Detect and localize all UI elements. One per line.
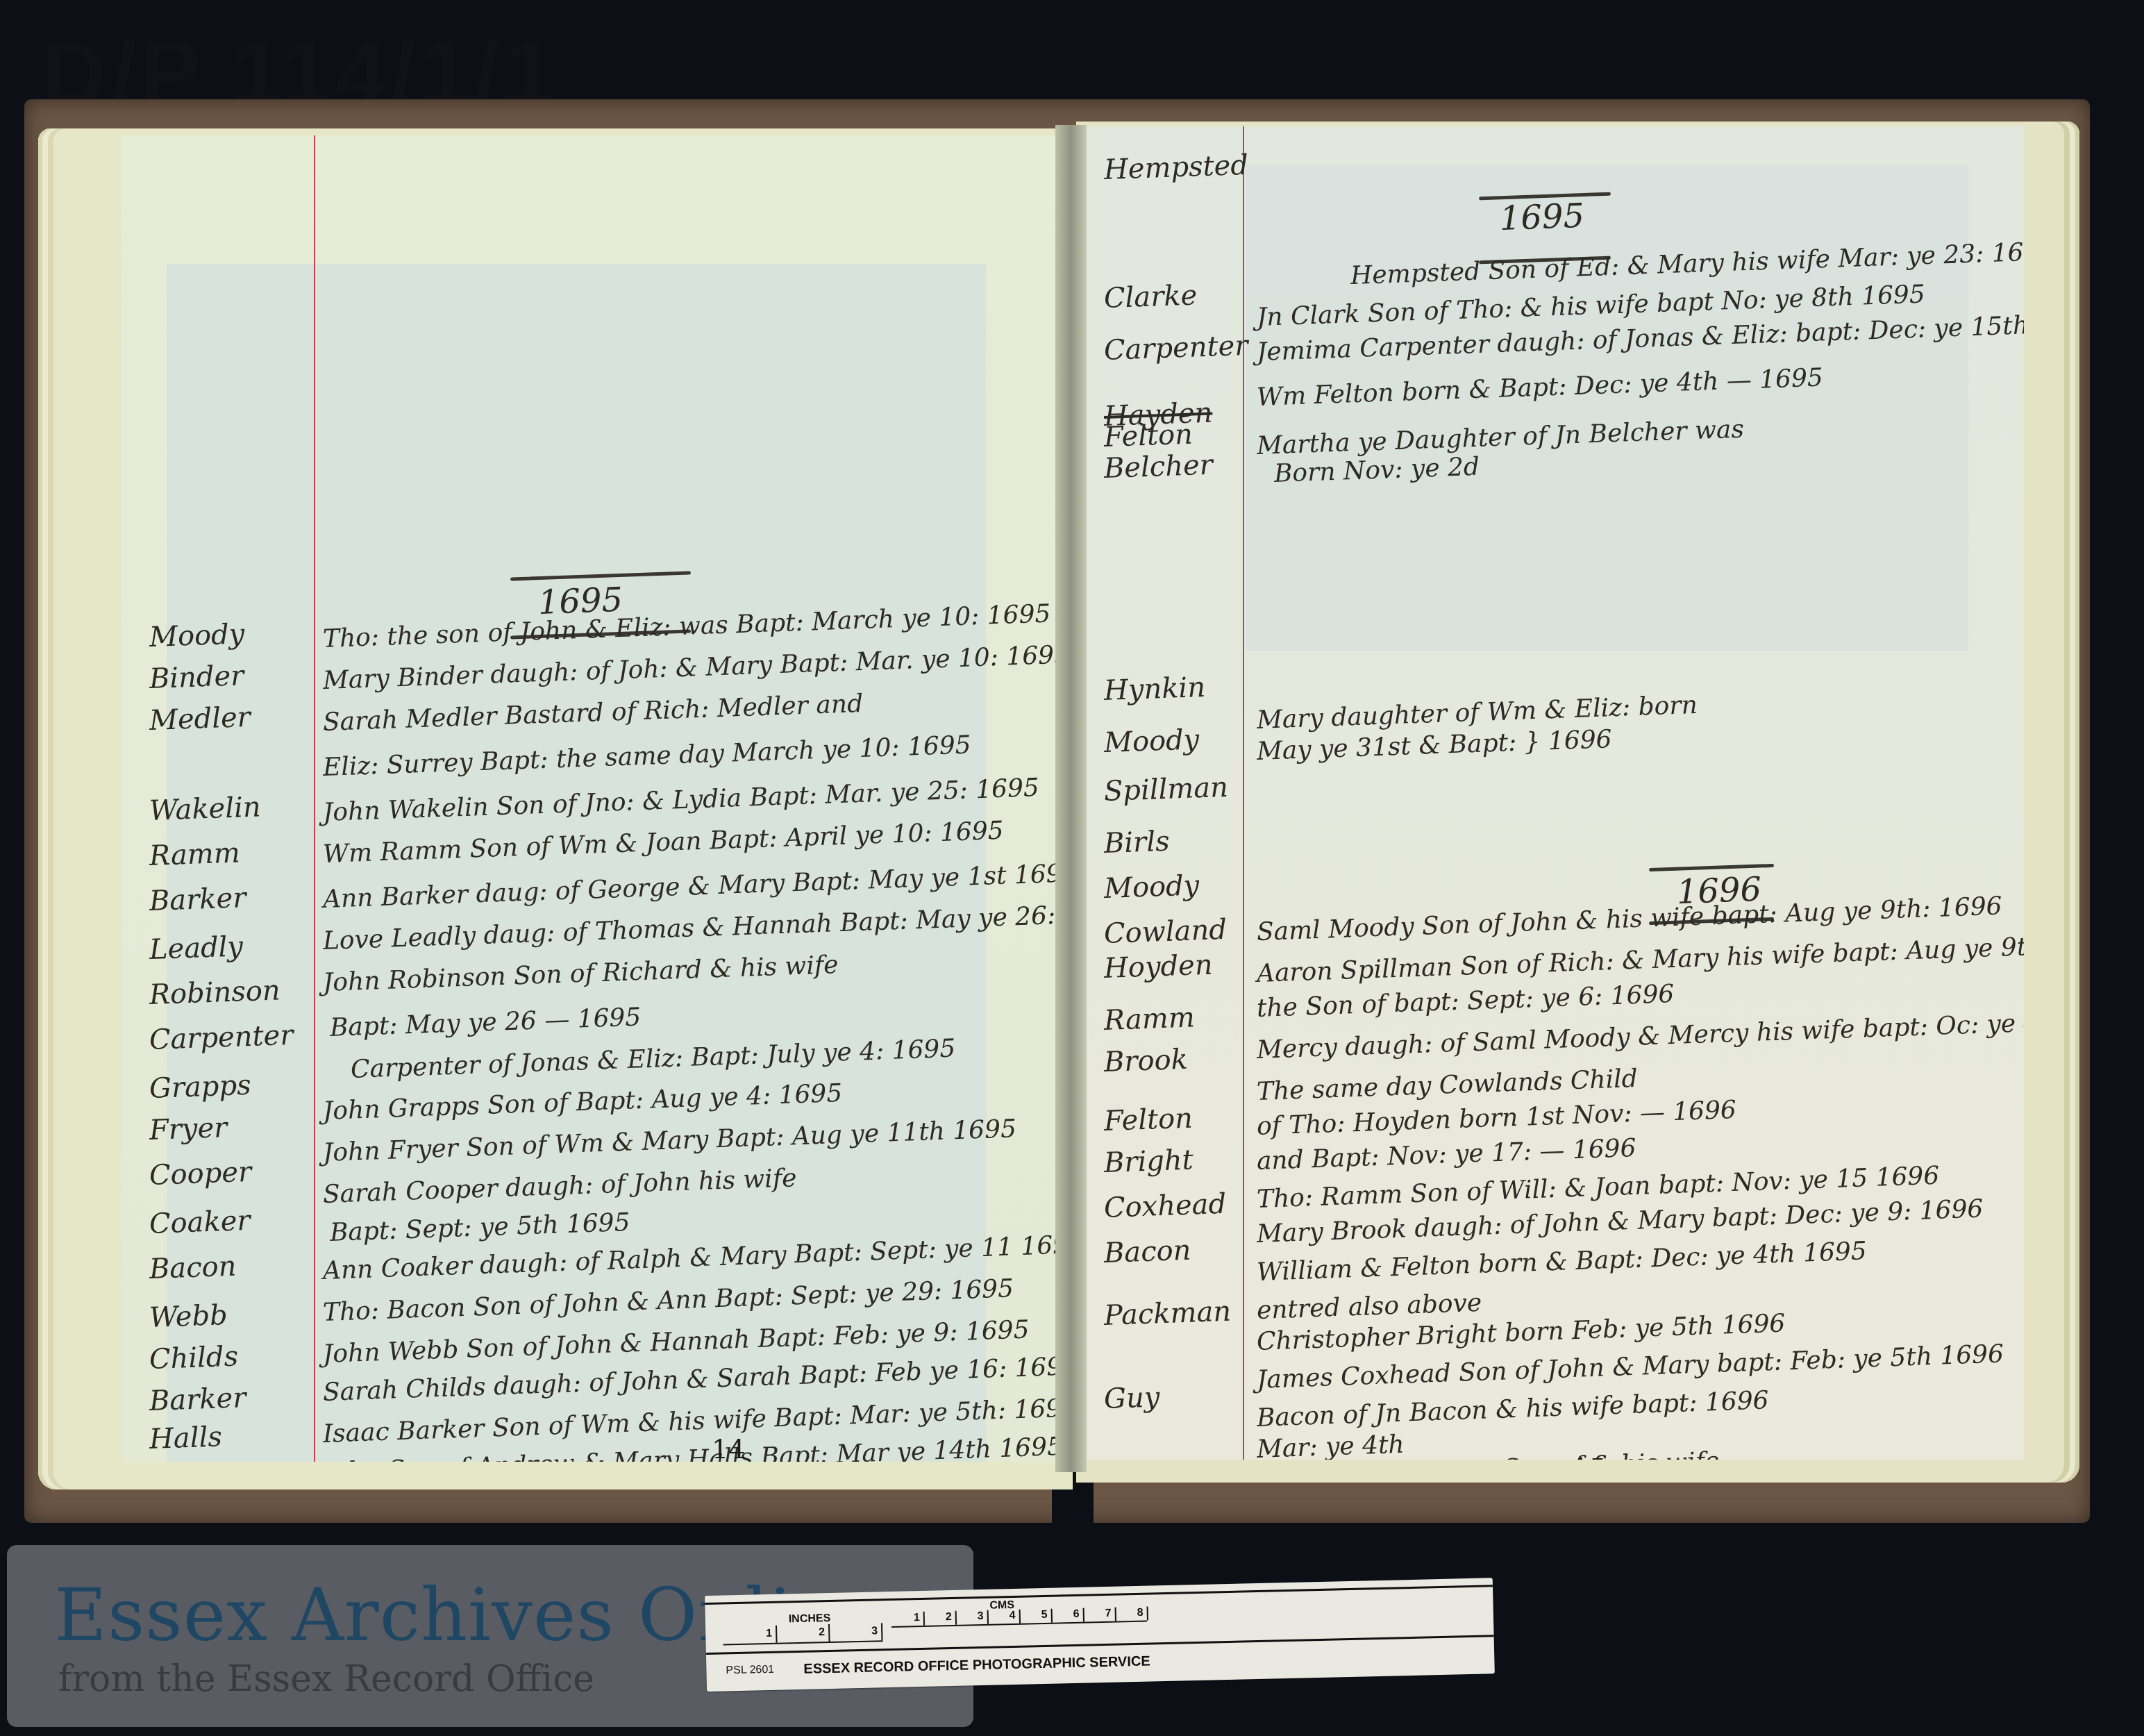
page-number-15: 15 — [1573, 1453, 1606, 1460]
spine-gutter — [1055, 125, 1087, 1472]
margin-name: Childs — [149, 1341, 239, 1376]
margin-name: Barker — [149, 882, 246, 917]
margin-name: Cooper — [149, 1156, 252, 1192]
cm-tick — [1147, 1607, 1148, 1621]
right-margin-rule — [1243, 126, 1244, 1460]
left-page: 1695 MoodyBinderMedlerWakelinRammBarkerL… — [122, 135, 1066, 1462]
margin-name: Moody — [1103, 869, 1200, 905]
cm-mark-label: 8 — [1137, 1607, 1144, 1619]
margin-name: Barker — [149, 1382, 246, 1417]
right-page: 1695 1696 HempstedClarkeCarpenterHaydenF… — [1087, 126, 2024, 1460]
cm-mark-label: 3 — [978, 1610, 984, 1623]
margin-name: Moody — [1103, 724, 1200, 759]
margin-name: Bright — [1103, 1144, 1194, 1179]
cm-mark-label: 7 — [1105, 1608, 1112, 1620]
register-entry: the Son of bapt: Sept: ye 6: 1696 — [1256, 980, 1675, 1023]
register-entry: and Bapt: Nov: ye 17: — 1696 — [1256, 1134, 1636, 1176]
inch-tick — [881, 1623, 883, 1640]
margin-name: Robinson — [149, 974, 280, 1011]
margin-name: Binder — [149, 660, 244, 695]
register-entry: entred also above — [1256, 1289, 1482, 1325]
margin-name: Felton — [1103, 419, 1193, 453]
inches-label: INCHES — [789, 1612, 831, 1626]
margin-name: Webb — [149, 1299, 228, 1334]
cm-mark-label: 6 — [1073, 1608, 1080, 1621]
inch-tick — [776, 1626, 778, 1643]
margin-name: Birls — [1103, 826, 1170, 860]
cm-tick — [1019, 1610, 1021, 1624]
margin-name: Coaker — [149, 1205, 251, 1240]
margin-name: Clarke — [1103, 279, 1198, 315]
margin-name: Felton — [1103, 1103, 1193, 1137]
margin-name: Spillman — [1103, 771, 1228, 808]
cm-tick — [1083, 1608, 1084, 1622]
cm-mark-label: 4 — [1010, 1610, 1016, 1622]
margin-name: Halls — [149, 1421, 222, 1455]
margin-name: Grapps — [149, 1069, 251, 1105]
inch-tick — [828, 1624, 830, 1642]
watermark-subtitle: from the Essex Record Office — [58, 1658, 594, 1700]
ruler-service-label: ESSEX RECORD OFFICE PHOTOGRAPHIC SERVICE — [803, 1653, 1150, 1677]
margin-name: Moody — [149, 618, 245, 653]
register-entry: Mary daughter of Wm & Eliz: born — [1256, 691, 1698, 735]
ruler-code: PSL 2601 — [726, 1664, 774, 1678]
page-number-14: 14 — [712, 1434, 745, 1462]
inch-scale — [723, 1640, 883, 1645]
register-entry: The same day Cowlands Child — [1256, 1065, 1638, 1106]
margin-name: Hynkin — [1103, 671, 1206, 707]
margin-name: Guy — [1103, 1381, 1160, 1415]
cm-mark-label: 2 — [946, 1611, 952, 1624]
margin-name: Coxhead — [1103, 1188, 1227, 1224]
inch-mark-label: 2 — [819, 1626, 825, 1639]
margin-name: Ramm — [1103, 1001, 1195, 1037]
margin-name: Wakelin — [149, 791, 261, 827]
margin-name: Hoyden — [1103, 949, 1213, 985]
margin-name: Packman — [1103, 1296, 1232, 1332]
year-heading-1695: 1695 — [1499, 197, 1585, 238]
margin-name: Brook — [1103, 1044, 1188, 1078]
margin-name: Cowland — [1103, 914, 1227, 950]
cm-tick — [987, 1610, 989, 1624]
margin-name: Ramm — [149, 837, 240, 872]
margin-name: Carpenter — [1103, 330, 1248, 367]
margin-name: Medler — [149, 701, 251, 737]
cm-tick — [923, 1612, 925, 1626]
cm-mark-label: 1 — [914, 1612, 920, 1624]
scale-ruler: INCHES CMS 12312345678 PSL 2601 ESSEX RE… — [705, 1578, 1495, 1692]
cm-tick — [1051, 1609, 1053, 1623]
register-entry: Bacon of Jn Bacon & his wife bapt: 1696 — [1256, 1386, 1769, 1433]
margin-name: Belcher — [1103, 449, 1213, 485]
margin-name: Fryer — [149, 1112, 228, 1146]
margin-name: Carpenter — [149, 1019, 294, 1056]
cm-tick — [955, 1611, 957, 1625]
register-entry: Mar: ye 4th — [1256, 1430, 1405, 1460]
cm-mark-label: 5 — [1041, 1609, 1048, 1621]
inch-mark-label: 1 — [766, 1628, 772, 1640]
cm-tick — [1115, 1608, 1116, 1621]
margin-name: Bacon — [149, 1251, 237, 1285]
left-margin-rule — [314, 135, 315, 1462]
inch-mark-label: 3 — [871, 1625, 878, 1637]
margin-name: Bacon — [1103, 1235, 1191, 1269]
margin-name: Leadly — [149, 930, 244, 966]
margin-name: Hempsted — [1103, 149, 1248, 186]
